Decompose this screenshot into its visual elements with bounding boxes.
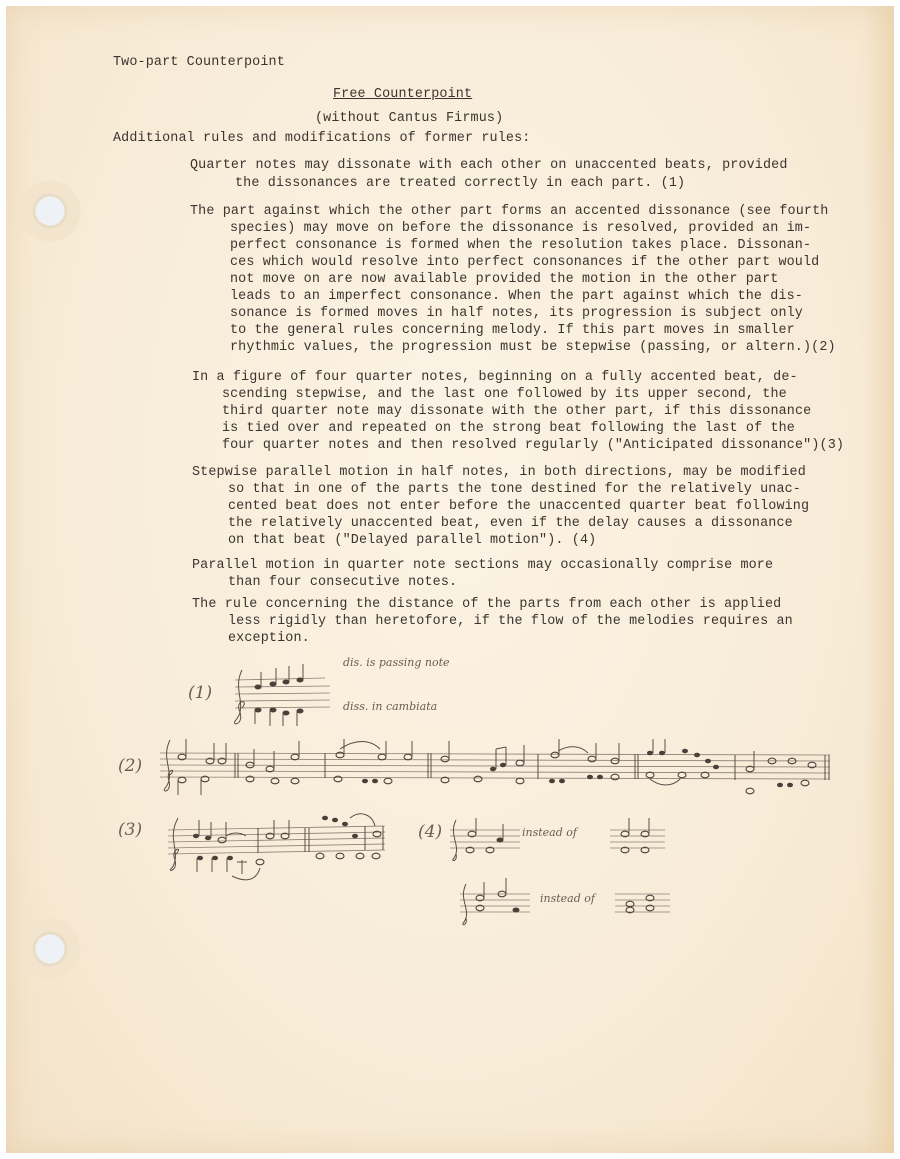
staff-example-4 [440,810,720,930]
staff-example-1 [230,660,340,740]
staff-example-3 [160,810,390,890]
intro-text: Additional rules and modifications of fo… [113,130,530,148]
punch-hole-top [19,180,81,242]
staff-example-2 [160,735,840,795]
punch-hole-bottom [19,918,81,980]
document-header: Two-part Counterpoint [113,54,285,72]
document-title: Free Counterpoint [333,86,472,104]
document-subtitle: (without Cantus Firmus) [315,110,503,128]
